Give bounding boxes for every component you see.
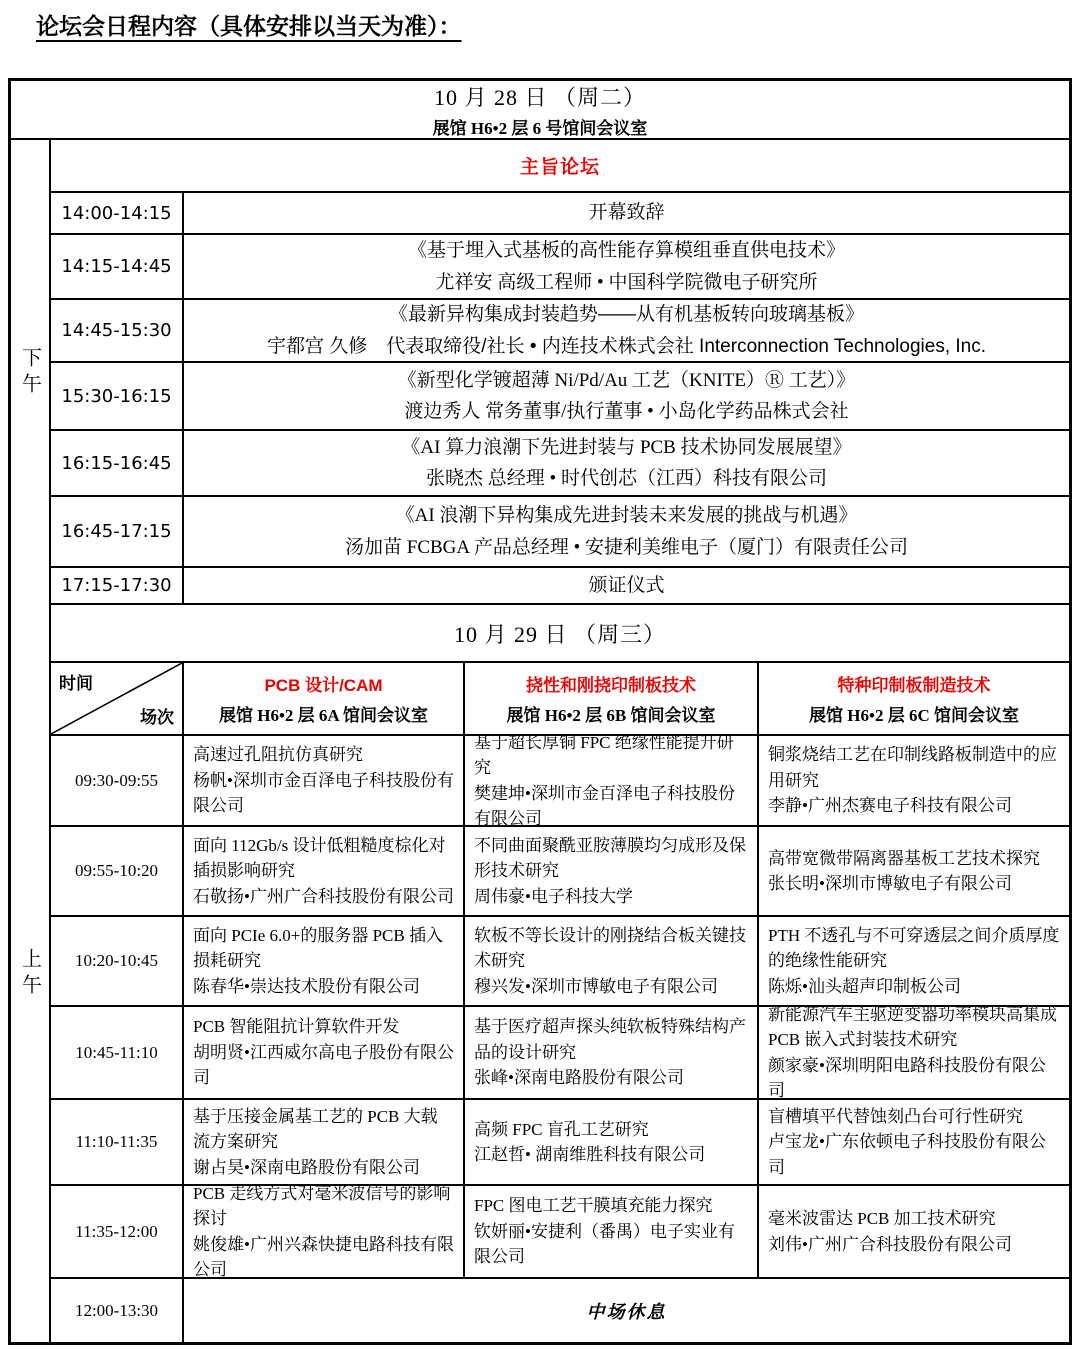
session-time: 14:45-15:30 xyxy=(51,300,184,361)
session-time: 17:15-17:30 xyxy=(51,568,184,603)
talk-speaker: 汤加苗 FCBGA 产品总经理 • 安捷利美维电子（厦门）有限责任公司 xyxy=(345,532,908,563)
session-row: 10:45-11:10 PCB 智能阻抗计算软件开发 胡明贤•江西威尔高电子股份… xyxy=(51,1007,1069,1100)
agenda-row: 14:45-15:30 《最新异构集成封装趋势——从有机基板转向玻璃基板》 宇都… xyxy=(51,300,1069,363)
talk-title: 不同曲面聚酰亚胺薄膜均匀成形及保形技术研究 xyxy=(474,833,748,884)
talk-title: 新能源汽车主驱逆变器功率模块高集成 PCB 嵌入式封装技术研究 xyxy=(768,1007,1060,1053)
session-content: 《AI 浪潮下异构集成先进封装未来发展的挑战与机遇》 汤加苗 FCBGA 产品总… xyxy=(184,497,1069,566)
talk-cell: FPC 图电工艺干膜填充能力探究 钦妍丽•安捷利（番禺）电子实业有限公司 xyxy=(465,1186,759,1277)
talk-speaker: 渡边秀人 常务董事/执行董事 • 小岛化学药品株式会社 xyxy=(404,396,848,427)
talk-cell: 高速过孔阻抗仿真研究 杨帆•深圳市金百泽电子科技股份有限公司 xyxy=(184,736,465,825)
talk-title: 面向 112Gb/s 设计低粗糙度棕化对插损影响研究 xyxy=(193,833,454,884)
talk-speaker: 石敬扬•广州广合科技股份有限公司 xyxy=(193,884,454,910)
talk-title: 面向 PCIe 6.0+的服务器 PCB 插入损耗研究 xyxy=(193,923,454,974)
agenda-row: 14:15-14:45 《基于埋入式基板的高性能存算模组垂直供电技术》 尤祥安 … xyxy=(51,235,1069,300)
agenda-row: 15:30-16:15 《新型化学镀超薄 Ni/Pd/Au 工艺（KNITE）Ⓡ… xyxy=(51,363,1069,431)
track-venue: 展馆 H6•2 层 6B 馆间会议室 xyxy=(506,701,715,726)
talk-cell: 基于压接金属基工艺的 PCB 大载流方案研究 谢占昊•深南电路股份有限公司 xyxy=(184,1100,465,1184)
track-header-row: 时间 场次 PCB 设计/CAM 展馆 H6•2 层 6A 馆间会议室 挠性和刚… xyxy=(51,663,1069,736)
keynote-forum-banner: 主旨论坛 xyxy=(51,140,1069,193)
talk-speaker: 张长明•深圳市博敏电子有限公司 xyxy=(768,871,1060,897)
session-time: 09:55-10:20 xyxy=(51,827,184,915)
talk-title: 基于压接金属基工艺的 PCB 大载流方案研究 xyxy=(193,1104,454,1155)
track-venue: 展馆 H6•2 层 6C 馆间会议室 xyxy=(809,701,1019,726)
talk-speaker: 胡明贤•江西威尔高电子股份有限公司 xyxy=(193,1040,454,1091)
talk-speaker: 刘伟•广州广合科技股份有限公司 xyxy=(768,1232,1060,1258)
talk-cell: 毫米波雷达 PCB 加工技术研究 刘伟•广州广合科技股份有限公司 xyxy=(759,1186,1069,1277)
talk-cell: 面向 112Gb/s 设计低粗糙度棕化对插损影响研究 石敬扬•广州广合科技股份有… xyxy=(184,827,465,915)
talk-speaker: 谢占昊•深南电路股份有限公司 xyxy=(193,1155,454,1181)
session-time: 11:35-12:00 xyxy=(51,1186,184,1277)
talk-speaker: 张峰•深南电路股份有限公司 xyxy=(474,1065,748,1091)
talk-title: 基于超长厚铜 FPC 绝缘性能提升研究 xyxy=(474,736,748,781)
talk-title: 毫米波雷达 PCB 加工技术研究 xyxy=(768,1206,1060,1232)
talk-title: PTH 不透孔与不可穿透层之间介质厚度的绝缘性能研究 xyxy=(768,923,1060,974)
session-content: 开幕致辞 xyxy=(184,193,1069,233)
day2-body: 上午 10 月 29 日 （周三） 时间 场次 PCB 设计/CAM 展馆 H6… xyxy=(11,605,1069,1342)
track-column-header: 特种印制板制造技术 展馆 H6•2 层 6C 馆间会议室 xyxy=(759,663,1069,734)
talk-title: 《最新异构集成封装趋势——从有机基板转向玻璃基板》 xyxy=(389,300,864,331)
talk-cell: PCB 走线方式对毫米波信号的影响探讨 姚俊雄•广州兴森快捷电路科技有限公司 xyxy=(184,1186,465,1277)
session-time: 16:45-17:15 xyxy=(51,497,184,566)
agenda-row: 17:15-17:30 颁证仪式 xyxy=(51,568,1069,605)
talk-speaker: 张晓杰 总经理 • 时代创芯（江西）科技有限公司 xyxy=(426,463,827,494)
talk-title: 《AI 浪潮下异构集成先进封装未来发展的挑战与机遇》 xyxy=(396,500,858,531)
break-row: 12:00-13:30 中场休息 xyxy=(51,1279,1069,1342)
session-time: 09:30-09:55 xyxy=(51,736,184,825)
talk-cell: 高带宽微带隔离器基板工艺技术探究 张长明•深圳市博敏电子有限公司 xyxy=(759,827,1069,915)
corner-cell: 时间 场次 xyxy=(51,663,184,734)
talk-title: 开幕致辞 xyxy=(588,197,664,228)
talk-cell: 面向 PCIe 6.0+的服务器 PCB 插入损耗研究 陈春华•崇达技术股份有限… xyxy=(184,917,465,1005)
talk-speaker: 杨帆•深圳市金百泽电子科技股份有限公司 xyxy=(193,768,454,819)
talk-cell: 铜浆烧结工艺在印制线路板制造中的应用研究 李静•广州杰赛电子科技有限公司 xyxy=(759,736,1069,825)
talk-title: 高频 FPC 盲孔工艺研究 xyxy=(474,1117,748,1143)
talk-speaker: 陈春华•崇达技术股份有限公司 xyxy=(193,974,454,1000)
talk-title: PCB 走线方式对毫米波信号的影响探讨 xyxy=(193,1186,454,1232)
session-row: 11:10-11:35 基于压接金属基工艺的 PCB 大载流方案研究 谢占昊•深… xyxy=(51,1100,1069,1186)
track-venue: 展馆 H6•2 层 6A 馆间会议室 xyxy=(219,701,428,726)
agenda-row: 14:00-14:15 开幕致辞 xyxy=(51,193,1069,235)
schedule-table: 10 月 28 日 （周二） 展馆 H6•2 层 6 号馆间会议室 下午 主旨论… xyxy=(8,78,1072,1345)
talk-speaker: 李静•广州杰赛电子科技有限公司 xyxy=(768,793,1060,819)
talk-title: 铜浆烧结工艺在印制线路板制造中的应用研究 xyxy=(768,742,1060,793)
session-row: 09:55-10:20 面向 112Gb/s 设计低粗糙度棕化对插损影响研究 石… xyxy=(51,827,1069,917)
talk-title: 高速过孔阻抗仿真研究 xyxy=(193,742,454,768)
day2-date: 10 月 29 日 （周三） xyxy=(51,605,1069,663)
talk-cell: 不同曲面聚酰亚胺薄膜均匀成形及保形技术研究 周伟豪•电子科技大学 xyxy=(465,827,759,915)
talk-title: 颁证仪式 xyxy=(588,570,664,601)
session-time: 14:15-14:45 xyxy=(51,235,184,298)
talk-title: 软板不等长设计的刚挠结合板关键技术研究 xyxy=(474,923,748,974)
corner-session-label: 场次 xyxy=(140,703,174,728)
talk-speaker: 宇都宫 久修 代表取缔役/社长 • 内连技术株式会社 Interconnecti… xyxy=(267,331,986,362)
track-title: 特种印制板制造技术 xyxy=(838,671,991,696)
session-row: 11:35-12:00 PCB 走线方式对毫米波信号的影响探讨 姚俊雄•广州兴森… xyxy=(51,1186,1069,1279)
talk-speaker: 樊建坤•深圳市金百泽电子科技股份有限公司 xyxy=(474,781,748,826)
break-label: 中场休息 xyxy=(184,1279,1069,1342)
page-title: 论坛会日程内容（具体安排以当天为准）： xyxy=(36,8,462,41)
talk-speaker: 姚俊雄•广州兴森快捷电路科技有限公司 xyxy=(193,1232,454,1278)
day1-date: 10 月 28 日 （周二） xyxy=(434,81,646,112)
session-time: 10:20-10:45 xyxy=(51,917,184,1005)
talk-speaker: 钦妍丽•安捷利（番禺）电子实业有限公司 xyxy=(474,1219,748,1270)
talk-speaker: 陈烁•汕头超声印制板公司 xyxy=(768,974,1060,1000)
talk-title: 高带宽微带隔离器基板工艺技术探究 xyxy=(768,846,1060,872)
session-time: 12:00-13:30 xyxy=(51,1279,184,1342)
talk-title: PCB 智能阻抗计算软件开发 xyxy=(193,1014,454,1040)
talk-speaker: 颜家豪•深圳明阳电路科技股份有限公司 xyxy=(768,1053,1060,1099)
session-time: 15:30-16:15 xyxy=(51,363,184,429)
day2-period-label: 上午 xyxy=(11,605,51,1342)
session-content: 《基于埋入式基板的高性能存算模组垂直供电技术》 尤祥安 高级工程师 • 中国科学… xyxy=(184,235,1069,298)
talk-cell: 软板不等长设计的刚挠结合板关键技术研究 穆兴发•深圳市博敏电子有限公司 xyxy=(465,917,759,1005)
talk-title: FPC 图电工艺干膜填充能力探究 xyxy=(474,1193,748,1219)
talk-title: 基于医疗超声探头纯软板特殊结构产品的设计研究 xyxy=(474,1014,748,1065)
talk-speaker: 江赵哲• 湖南维胜科技有限公司 xyxy=(474,1142,748,1168)
session-time: 10:45-11:10 xyxy=(51,1007,184,1098)
day1-body: 下午 主旨论坛 14:00-14:15 开幕致辞 14:15-14:45 《基于… xyxy=(11,140,1069,605)
talk-cell: PTH 不透孔与不可穿透层之间介质厚度的绝缘性能研究 陈烁•汕头超声印制板公司 xyxy=(759,917,1069,1005)
corner-time-label: 时间 xyxy=(59,669,93,694)
day1-rows: 主旨论坛 14:00-14:15 开幕致辞 14:15-14:45 《基于埋入式… xyxy=(51,140,1069,605)
session-content: 《新型化学镀超薄 Ni/Pd/Au 工艺（KNITE）Ⓡ 工艺）》 渡边秀人 常… xyxy=(184,363,1069,429)
talk-cell: 基于医疗超声探头纯软板特殊结构产品的设计研究 张峰•深南电路股份有限公司 xyxy=(465,1007,759,1098)
talk-speaker: 穆兴发•深圳市博敏电子有限公司 xyxy=(474,974,748,1000)
session-content: 《AI 算力浪潮下先进封装与 PCB 技术协同发展展望》 张晓杰 总经理 • 时… xyxy=(184,431,1069,495)
talk-cell: PCB 智能阻抗计算软件开发 胡明贤•江西威尔高电子股份有限公司 xyxy=(184,1007,465,1098)
talk-cell: 新能源汽车主驱逆变器功率模块高集成 PCB 嵌入式封装技术研究 颜家豪•深圳明阳… xyxy=(759,1007,1069,1098)
session-time: 14:00-14:15 xyxy=(51,193,184,233)
talk-title: 《基于埋入式基板的高性能存算模组垂直供电技术》 xyxy=(408,235,845,266)
day1-period-label: 下午 xyxy=(11,140,51,605)
agenda-row: 16:45-17:15 《AI 浪潮下异构集成先进封装未来发展的挑战与机遇》 汤… xyxy=(51,497,1069,568)
talk-title: 《AI 算力浪潮下先进封装与 PCB 技术协同发展展望》 xyxy=(401,432,851,463)
track-column-header: 挠性和刚挠印制板技术 展馆 H6•2 层 6B 馆间会议室 xyxy=(465,663,759,734)
track-column-header: PCB 设计/CAM 展馆 H6•2 层 6A 馆间会议室 xyxy=(184,663,465,734)
day2-rows: 10 月 29 日 （周三） 时间 场次 PCB 设计/CAM 展馆 H6•2 … xyxy=(51,605,1069,1342)
agenda-row: 16:15-16:45 《AI 算力浪潮下先进封装与 PCB 技术协同发展展望》… xyxy=(51,431,1069,497)
track-title: 挠性和刚挠印制板技术 xyxy=(526,671,696,696)
talk-speaker: 周伟豪•电子科技大学 xyxy=(474,884,748,910)
talk-speaker: 尤祥安 高级工程师 • 中国科学院微电子研究所 xyxy=(436,267,818,298)
session-content: 颁证仪式 xyxy=(184,568,1069,603)
session-row: 10:20-10:45 面向 PCIe 6.0+的服务器 PCB 插入损耗研究 … xyxy=(51,917,1069,1007)
session-content: 《最新异构集成封装趋势——从有机基板转向玻璃基板》 宇都宫 久修 代表取缔役/社… xyxy=(184,300,1069,361)
talk-cell: 盲槽填平代替蚀刻凸台可行性研究 卢宝龙•广东依顿电子科技股份有限公司 xyxy=(759,1100,1069,1184)
talk-cell: 基于超长厚铜 FPC 绝缘性能提升研究 樊建坤•深圳市金百泽电子科技股份有限公司 xyxy=(465,736,759,825)
talk-cell: 高频 FPC 盲孔工艺研究 江赵哲• 湖南维胜科技有限公司 xyxy=(465,1100,759,1184)
session-time: 11:10-11:35 xyxy=(51,1100,184,1184)
day1-header: 10 月 28 日 （周二） 展馆 H6•2 层 6 号馆间会议室 xyxy=(11,81,1069,140)
day1-venue: 展馆 H6•2 层 6 号馆间会议室 xyxy=(433,114,648,139)
talk-title: 《新型化学镀超薄 Ni/Pd/Au 工艺（KNITE）Ⓡ 工艺）》 xyxy=(398,365,856,396)
track-title: PCB 设计/CAM xyxy=(264,671,382,696)
session-time: 16:15-16:45 xyxy=(51,431,184,495)
session-row: 09:30-09:55 高速过孔阻抗仿真研究 杨帆•深圳市金百泽电子科技股份有限… xyxy=(51,736,1069,827)
talk-title: 盲槽填平代替蚀刻凸台可行性研究 xyxy=(768,1104,1060,1130)
talk-speaker: 卢宝龙•广东依顿电子科技股份有限公司 xyxy=(768,1129,1060,1180)
